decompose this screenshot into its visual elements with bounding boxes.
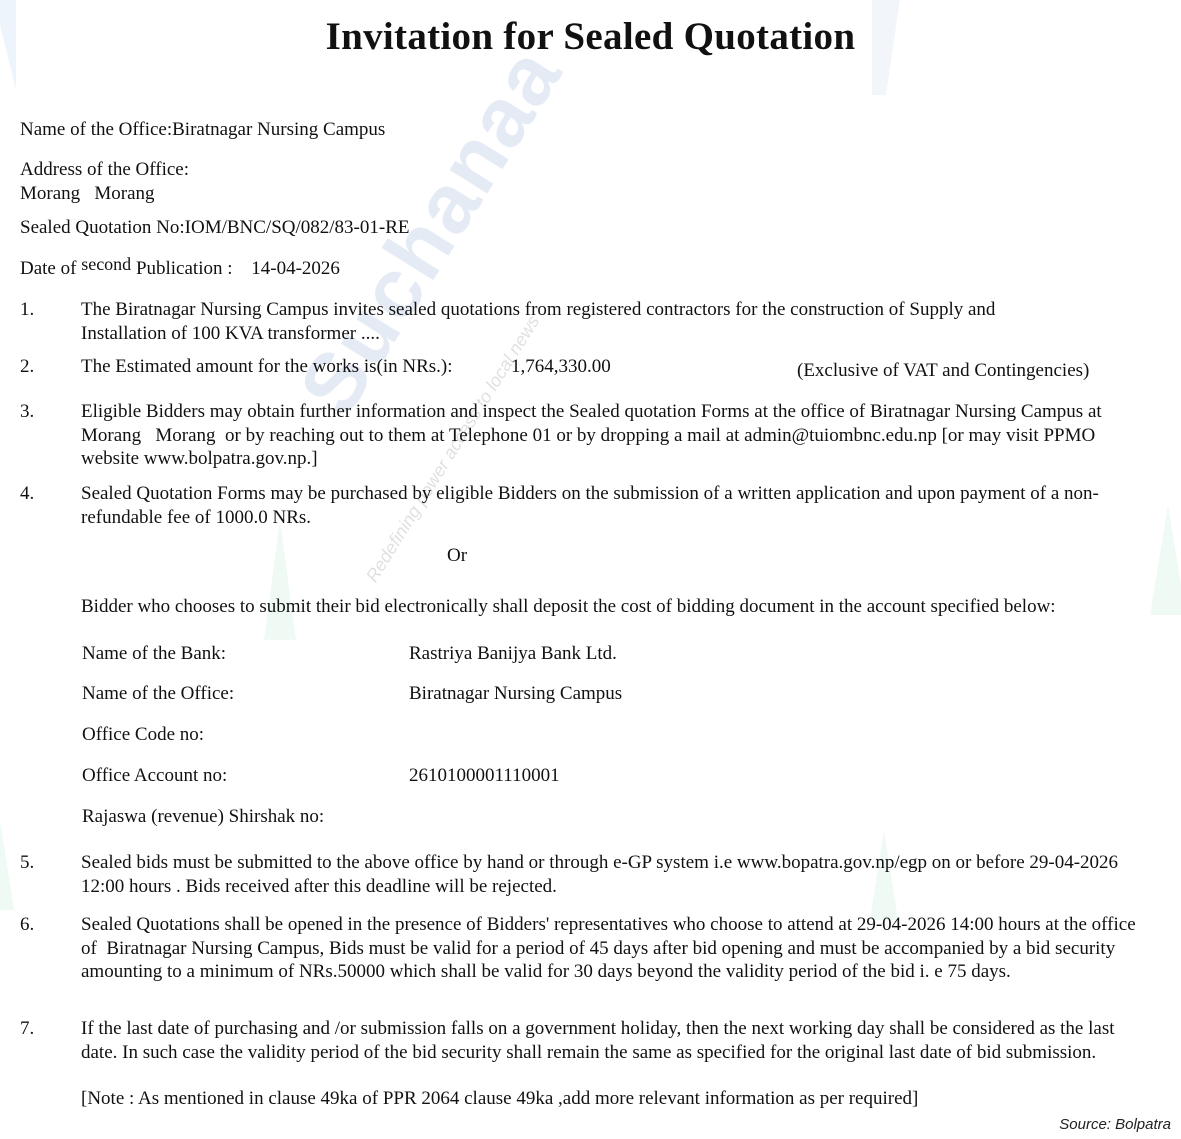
- quotation-no-label: Sealed Quotation No:: [20, 217, 185, 238]
- office-name-label: Name of the Office:: [20, 119, 172, 140]
- office-name-value: Biratnagar Nursing Campus: [409, 683, 622, 705]
- clause-number: 3.: [20, 400, 34, 423]
- clause-text: Eligible Bidders may obtain further info…: [81, 400, 1141, 471]
- clause-number: 2.: [20, 355, 34, 378]
- quotation-no-line: Sealed Quotation No:IOM/BNC/SQ/082/83-01…: [20, 216, 410, 239]
- page-title: Invitation for Sealed Quotation: [0, 14, 1181, 59]
- clause-text: Sealed bids must be submitted to the abo…: [81, 851, 1141, 898]
- clause-note: [Note : As mentioned in clause 49ka of P…: [81, 1087, 918, 1110]
- quotation-no-value: IOM/BNC/SQ/082/83-01-RE: [185, 217, 410, 238]
- amount-note: (Exclusive of VAT and Contingencies): [797, 359, 1089, 382]
- clause-text: The Biratnagar Nursing Campus invites se…: [81, 298, 1081, 345]
- clause-text: Sealed Quotations shall be opened in the…: [81, 913, 1141, 984]
- publication-date: 14-04-2026: [251, 258, 340, 279]
- clause-number: 7.: [20, 1017, 34, 1040]
- publication-label-post: Publication :: [136, 258, 233, 279]
- clause-text: Sealed Quotation Forms may be purchased …: [81, 482, 1141, 529]
- office-name-line: Name of the Office:Biratnagar Nursing Ca…: [20, 118, 385, 141]
- clause-text: The Estimated amount for the works is(in…: [81, 355, 453, 378]
- clause-text: If the last date of purchasing and /or s…: [81, 1017, 1141, 1064]
- bank-name-label: Name of the Bank:: [82, 643, 226, 665]
- publication-label-pre: Date of: [20, 258, 76, 279]
- publication-label-sup: second: [81, 254, 131, 274]
- source-credit: Source: Bolpatra: [1059, 1116, 1171, 1133]
- account-no-value: 2610100001110001: [409, 765, 560, 787]
- revenue-shirshak-label: Rajaswa (revenue) Shirshak no:: [82, 806, 324, 828]
- office-name-value: Biratnagar Nursing Campus: [172, 119, 385, 140]
- clause-number: 4.: [20, 482, 34, 505]
- clause-number: 1.: [20, 298, 34, 321]
- clause-number: 5.: [20, 851, 34, 874]
- or-separator: Or: [447, 544, 467, 567]
- estimated-amount: 1,764,330.00: [511, 355, 611, 378]
- bank-name-value: Rastriya Banijya Bank Ltd.: [409, 643, 617, 665]
- address-value: Morang Morang: [20, 182, 155, 205]
- watermark-arrow-icon: [1150, 505, 1181, 615]
- account-no-label: Office Account no:: [82, 765, 227, 787]
- clause-number: 6.: [20, 913, 34, 936]
- watermark-arrow-icon: [264, 520, 296, 640]
- publication-line: Date of second Publication : 14-04-2026: [20, 257, 340, 280]
- address-label: Address of the Office:: [20, 158, 189, 181]
- office-code-label: Office Code no:: [82, 724, 204, 746]
- electronic-intro: Bidder who chooses to submit their bid e…: [81, 595, 1056, 618]
- office-name-label: Name of the Office:: [82, 683, 234, 705]
- watermark-arrow-icon: [0, 820, 14, 910]
